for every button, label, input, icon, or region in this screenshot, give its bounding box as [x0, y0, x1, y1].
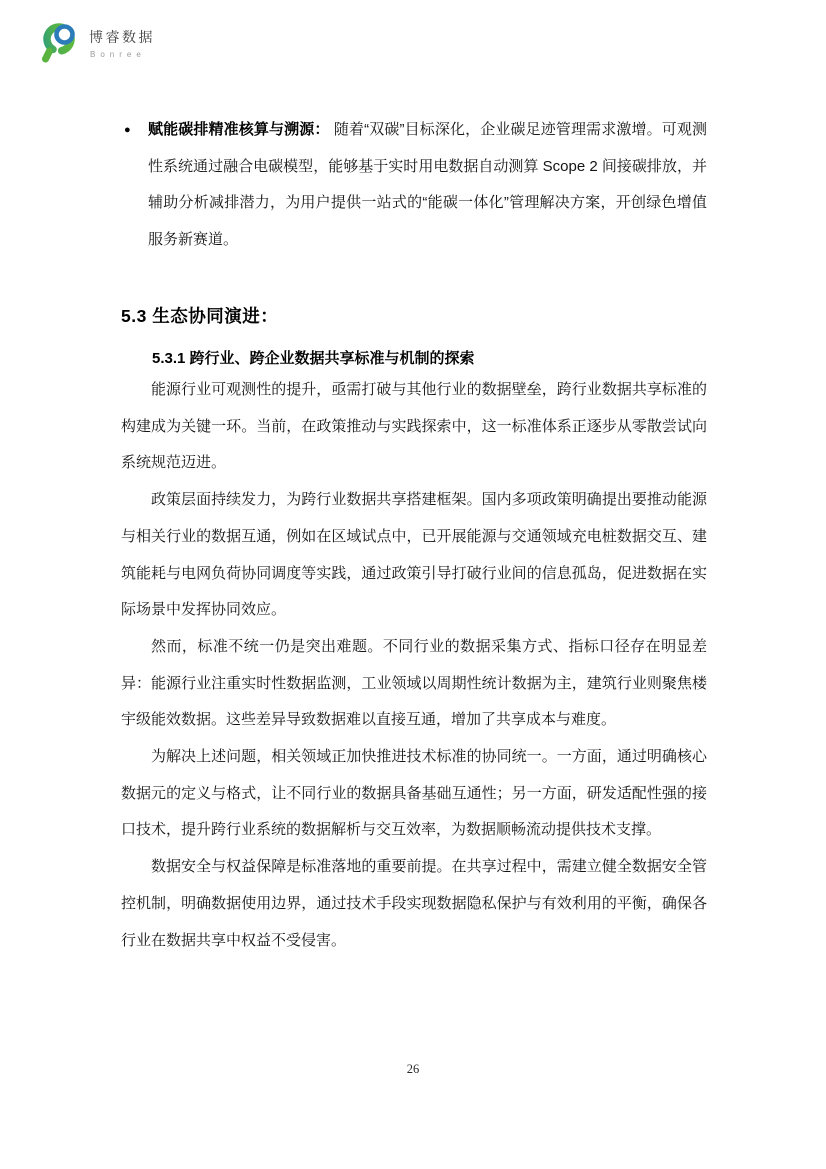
- paragraph: 然而，标准不统一仍是突出难题。不同行业的数据采集方式、指标口径存在明显差异：能源…: [121, 629, 707, 739]
- subsection-heading: 5.3.1 跨行业、跨企业数据共享标准与机制的探索: [152, 347, 475, 368]
- brand-text: 博睿数据 Bonree: [89, 28, 155, 61]
- bullet-lead-text: 赋能碳排精准核算与溯源：: [148, 121, 330, 138]
- brand-logo: 博睿数据 Bonree: [42, 20, 155, 66]
- paragraph: 政策层面持续发力，为跨行业数据共享搭建框架。国内多项政策明确提出要推动能源与相关…: [121, 482, 707, 629]
- page-number: 26: [0, 1062, 826, 1077]
- brand-name: 博睿数据: [89, 28, 155, 46]
- document-page: 博睿数据 Bonree ● 赋能碳排精准核算与溯源： 随着“双碳”目标深化，企业…: [0, 0, 826, 1169]
- bullet-item-carbon-accounting: ● 赋能碳排精准核算与溯源： 随着“双碳”目标深化，企业碳足迹管理需求激增。可观…: [121, 112, 707, 259]
- bullet-body-text: 随着“双碳”目标深化，企业碳足迹管理需求激增。可观测性系统通过融合电碳模型，能够…: [148, 121, 707, 248]
- body-paragraphs: 能源行业可观测性的提升，亟需打破与其他行业的数据壁垒，跨行业数据共享标准的构建成…: [121, 372, 707, 959]
- section-heading: 5.3 生态协同演进：: [121, 303, 278, 328]
- brand-subtitle: Bonree: [89, 49, 155, 61]
- bullet-dot-icon: ●: [124, 112, 131, 149]
- paragraph: 能源行业可观测性的提升，亟需打破与其他行业的数据壁垒，跨行业数据共享标准的构建成…: [121, 372, 707, 482]
- bullet-list: ● 赋能碳排精准核算与溯源： 随着“双碳”目标深化，企业碳足迹管理需求激增。可观…: [121, 112, 707, 259]
- bonree-logo-icon: [42, 20, 80, 66]
- paragraph: 数据安全与权益保障是标准落地的重要前提。在共享过程中，需建立健全数据安全管控机制…: [121, 849, 707, 959]
- paragraph: 为解决上述问题，相关领域正加快推进技术标准的协同统一。一方面，通过明确核心数据元…: [121, 739, 707, 849]
